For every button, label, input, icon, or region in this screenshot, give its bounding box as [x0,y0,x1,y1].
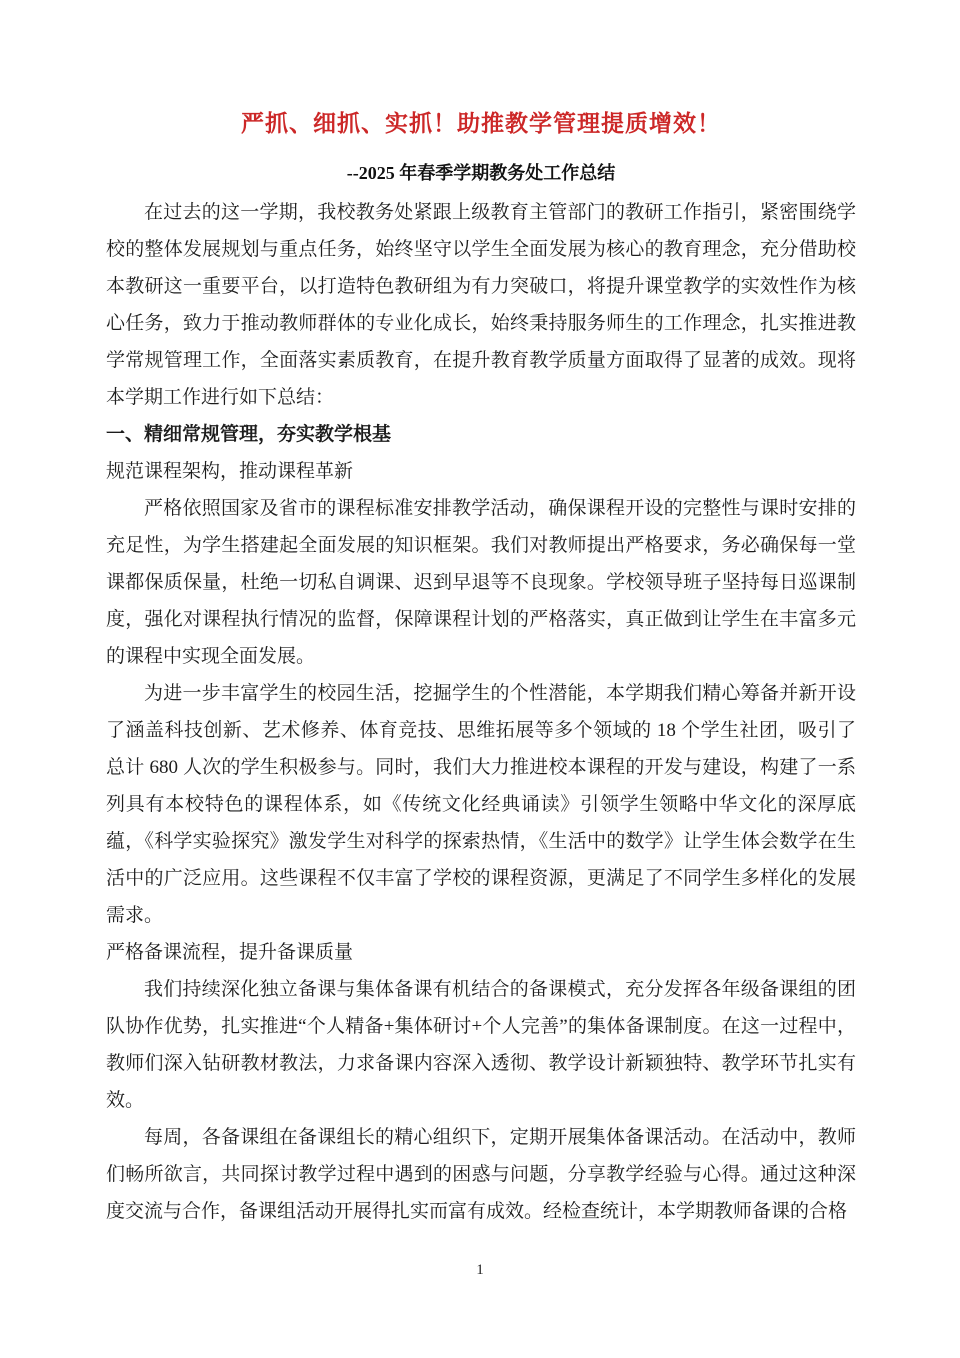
section-heading-1: 一、精细常规管理，夯实教学根基 [106,416,856,453]
paragraph-intro: 在过去的这一学期，我校教务处紧跟上级教育主管部门的教研工作指引，紧密围绕学校的整… [106,194,856,416]
page-number: 1 [0,1260,960,1280]
document-body: 在过去的这一学期，我校教务处紧跟上级教育主管部门的教研工作指引，紧密围绕学校的整… [106,194,856,1230]
paragraph-student-clubs: 为进一步丰富学生的校园生活，挖掘学生的个性潜能，本学期我们精心筹备并新开设了涵盖… [106,675,856,934]
document-title: 严抓、细抓、实抓！助推教学管理提质增效！ [106,106,856,142]
paragraph-curriculum-standards: 严格依照国家及省市的课程标准安排教学活动，确保课程开设的完整性与课时安排的充足性… [106,490,856,675]
paragraph-weekly-prep: 每周，各备课组在备课组长的精心组织下，定期开展集体备课活动。在活动中，教师们畅所… [106,1119,856,1230]
document-subtitle: --2025 年春季学期教务处工作总结 [106,158,856,188]
paragraph-prep-mode: 我们持续深化独立备课与集体备课有机结合的备课模式，充分发挥各年级备课组的团队协作… [106,971,856,1119]
document-page: 严抓、细抓、实抓！助推教学管理提质增效！ --2025 年春季学期教务处工作总结… [0,0,960,1358]
subsection-heading-lesson-prep: 严格备课流程，提升备课质量 [106,934,856,971]
subsection-heading-curriculum: 规范课程架构，推动课程革新 [106,453,856,490]
